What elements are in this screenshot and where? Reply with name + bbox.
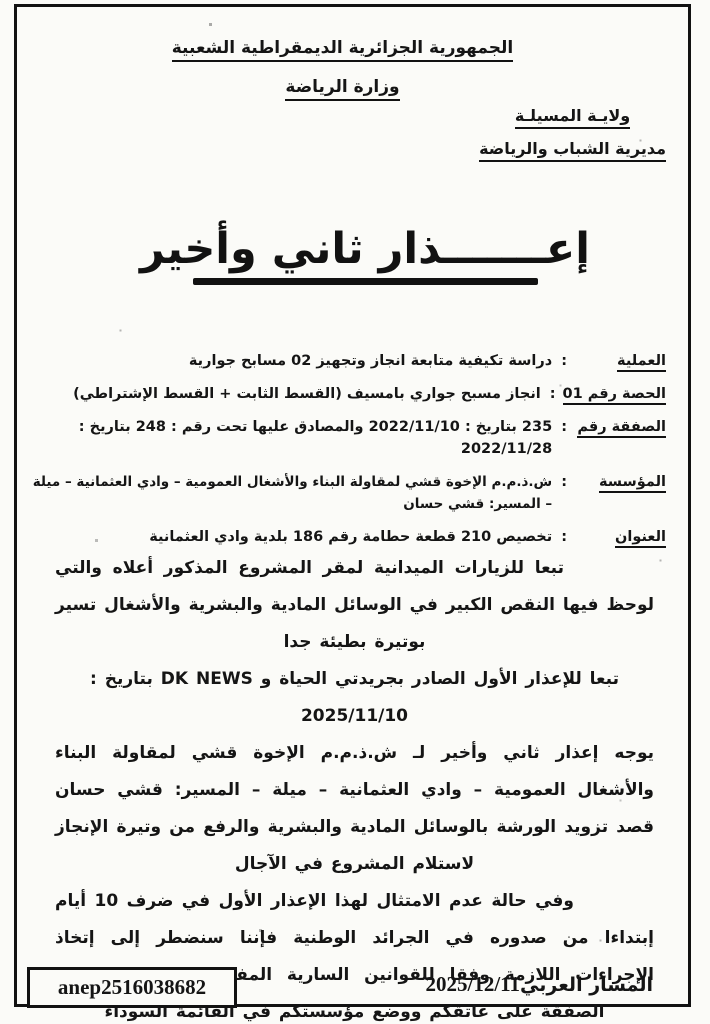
header-right: ولايـة المسيلـة مديرية الشباب والرياضة xyxy=(479,106,666,172)
page-title: إعـــــــذار ثاني وأخير xyxy=(30,224,700,274)
header-center: الجمهورية الجزائرية الديمقراطية الشعبية … xyxy=(120,38,565,116)
field-label: العملية xyxy=(617,353,666,372)
scanned-notice-page: الجمهورية الجزائرية الديمقراطية الشعبية … xyxy=(0,0,710,1024)
directorate-title: مديرية الشباب والرياضة xyxy=(479,139,666,162)
field-label: المؤسسة xyxy=(599,474,666,493)
field-row-address: العنوان : تخصيص 210 قطعة حطامة رقم 186 ب… xyxy=(28,526,666,548)
field-colon: : xyxy=(541,383,563,405)
body-section: تبعا للزيارات الميدانية لمقر المشروع الم… xyxy=(55,550,654,1024)
publication-date: 2025/12/11 xyxy=(426,972,521,997)
field-colon: : xyxy=(552,350,574,372)
title-underline xyxy=(193,278,538,285)
field-row-lot: الحصة رقم 01 : انجاز مسبح جواري بامسيف (… xyxy=(28,383,666,405)
body-paragraph-second-notice: يوجه إعذار ثاني وأخير لـ ش.ذ.م.م الإخوة … xyxy=(55,735,654,883)
newspaper-name: المسار العربي xyxy=(520,974,653,996)
field-colon: : xyxy=(552,416,574,438)
field-label: الحصة رقم 01 xyxy=(563,386,666,405)
body-paragraph-site-visits: تبعا للزيارات الميدانية لمقر المشروع الم… xyxy=(55,550,654,661)
ministry-title: وزارة الرياضة xyxy=(285,77,399,101)
field-value: تخصيص 210 قطعة حطامة رقم 186 بلدية وادي … xyxy=(28,526,552,548)
field-colon: : xyxy=(552,471,574,493)
field-value: ش.ذ.م.م الإخوة قشي لمقاولة البناء والأشغ… xyxy=(28,471,552,515)
body-paragraph-first-notice: تبعا للإعذار الأول الصادر بجريدتي الحياة… xyxy=(55,661,654,735)
field-row-company: المؤسسة : ش.ذ.م.م الإخوة قشي لمقاولة الب… xyxy=(28,471,666,515)
directorate-line: مديرية الشباب والرياضة xyxy=(479,139,666,158)
wilaya-title: ولايـة المسيلـة xyxy=(515,106,630,129)
title-block: إعـــــــذار ثاني وأخير xyxy=(30,224,700,285)
publication-credit: المسار العربي 2025/12/11 xyxy=(426,972,653,997)
anep-number: anep2516038682 xyxy=(58,975,206,1000)
field-label: العنوان xyxy=(615,529,666,548)
field-label: الصفقة رقم xyxy=(577,419,666,438)
field-value: انجاز مسبح جواري بامسيف (القسط الثابت + … xyxy=(28,383,541,405)
field-row-contract: الصفقة رقم : 235 بتاريخ : 2022/11/10 وال… xyxy=(28,416,666,460)
fields-section: العملية : دراسة تكيفية متابعة انجاز وتجه… xyxy=(28,350,666,559)
scan-noise xyxy=(0,0,1,1)
republic-line: الجمهورية الجزائرية الديمقراطية الشعبية xyxy=(120,38,565,58)
field-colon: : xyxy=(552,526,574,548)
field-value: دراسة تكيفية متابعة انجاز وتجهيز 02 مساب… xyxy=(28,350,552,372)
field-value: 235 بتاريخ : 2022/11/10 والمصادق عليها ت… xyxy=(28,416,552,460)
republic-title: الجمهورية الجزائرية الديمقراطية الشعبية xyxy=(172,38,514,62)
wilaya-line: ولايـة المسيلـة xyxy=(479,106,666,125)
field-row-operation: العملية : دراسة تكيفية متابعة انجاز وتجه… xyxy=(28,350,666,372)
anep-reference-box: anep2516038682 xyxy=(27,967,237,1008)
ministry-line: وزارة الرياضة xyxy=(120,77,565,97)
